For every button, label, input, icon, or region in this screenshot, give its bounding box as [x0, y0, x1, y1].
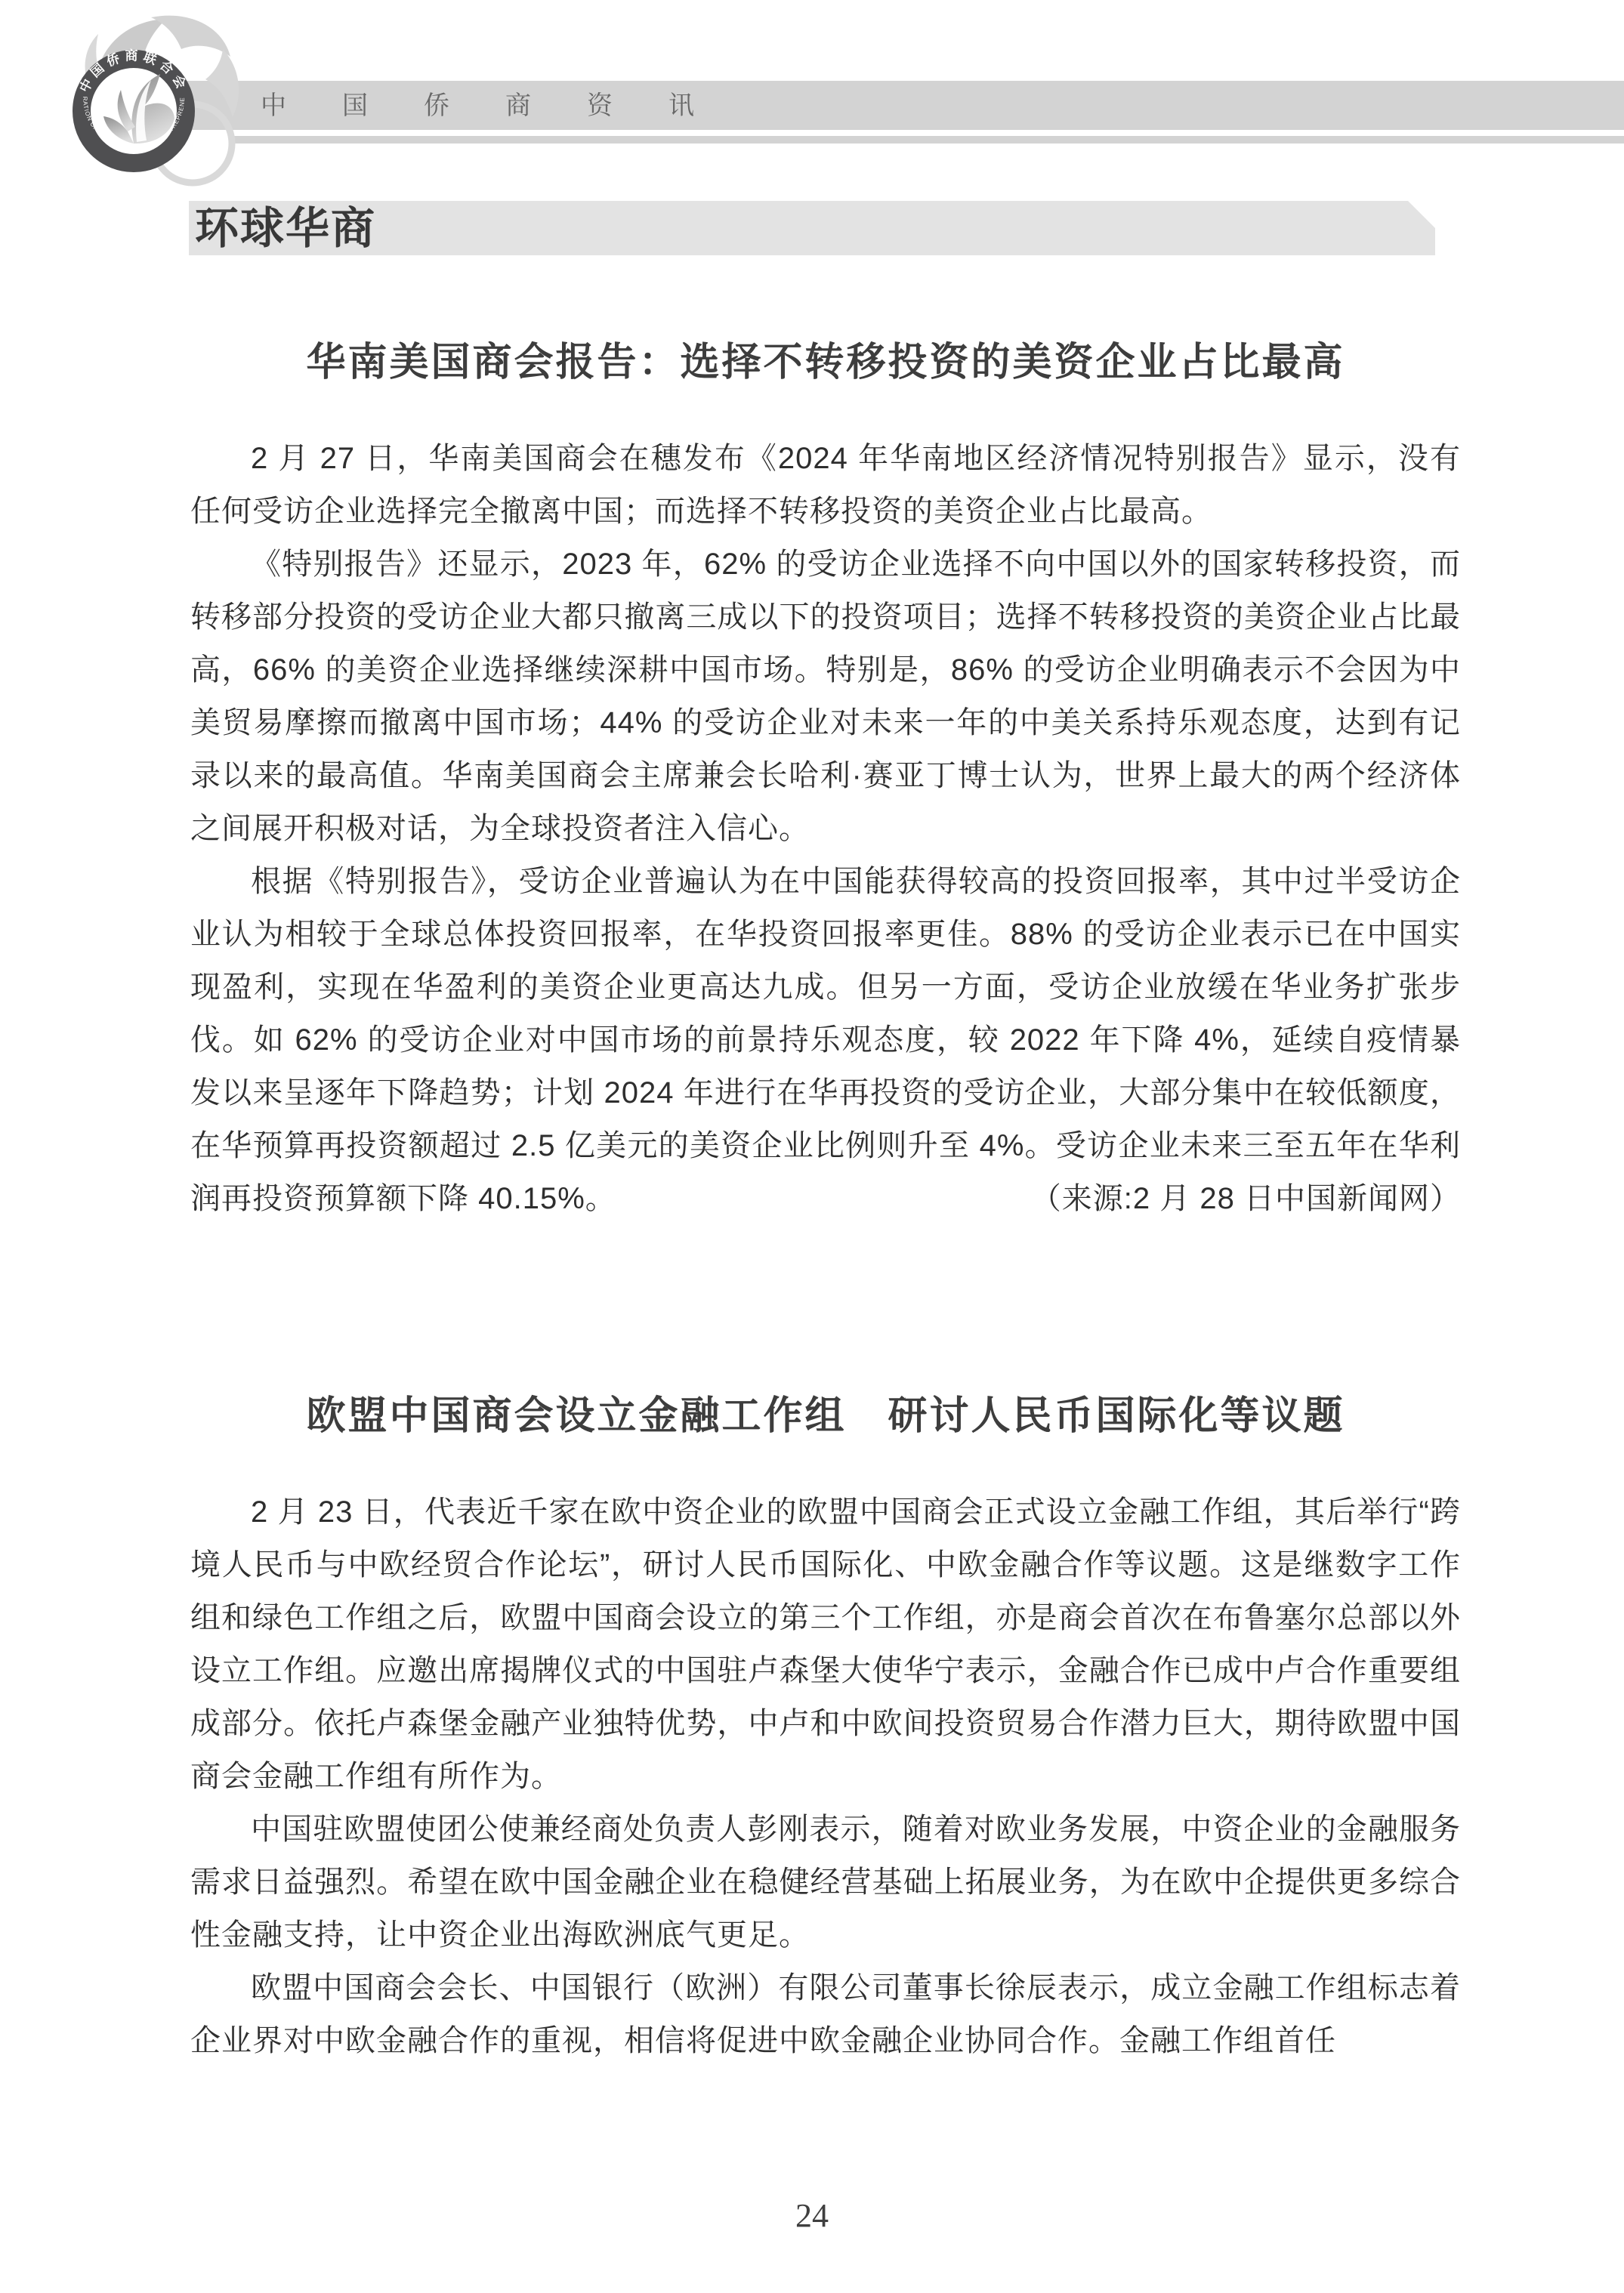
section-header-bar: 环球华商: [189, 201, 1435, 255]
article-1-title: 华南美国商会报告：选择不转移投资的美资企业占比最高: [190, 325, 1461, 400]
masthead-title: 中国侨商资讯: [261, 81, 750, 130]
page-footer: 24: [0, 2196, 1624, 2235]
page-number: 24: [795, 2197, 829, 2234]
article-2-paragraph-3: 欧盟中国商会会长、中国银行（欧洲）有限公司董事长徐辰表示，成立金融工作组标志着企…: [190, 1961, 1461, 2067]
masthead-rule: [234, 136, 1624, 144]
article-1-paragraph-1: 2 月 27 日，华南美国商会在穗发布《2024 年华南地区经济情况特别报告》显…: [190, 432, 1461, 538]
petal-swoosh-icon: [151, 16, 230, 57]
article-1: 华南美国商会报告：选择不转移投资的美资企业占比最高 2 月 27 日，华南美国商…: [190, 325, 1461, 1225]
article-1-paragraph-3: 根据《特别报告》，受访企业普遍认为在中国能获得较高的投资回报率，其中过半受访企业…: [190, 855, 1461, 1225]
federation-logo-icon: 中国侨商联合会 CHINA FEDERATION OF OVERSEAS CHI…: [38, 4, 264, 223]
article-1-paragraph-2: 《特别报告》还显示，2023 年，62% 的受访企业选择不向中国以外的国家转移投…: [190, 538, 1461, 855]
article-2-title: 欧盟中国商会设立金融工作组 研讨人民币国际化等议题: [190, 1378, 1461, 1454]
article-2: 欧盟中国商会设立金融工作组 研讨人民币国际化等议题 2 月 23 日，代表近千家…: [190, 1378, 1461, 2067]
article-1-source: （来源:2 月 28 日中国新闻网）: [1031, 1172, 1461, 1225]
article-2-paragraph-1: 2 月 23 日，代表近千家在欧中资企业的欧盟中国商会正式设立金融工作组，其后举…: [190, 1486, 1461, 1803]
magazine-page: 中国侨商资讯 中国侨商联合会: [0, 0, 1624, 2293]
article-1-paragraph-3-text: 根据《特别报告》，受访企业普遍认为在中国能获得较高的投资回报率，其中过半受访企业…: [190, 865, 1461, 1215]
article-2-paragraph-2: 中国驻欧盟使团公使兼经商处负责人彭刚表示，随着对欧业务发展，中资企业的金融服务需…: [190, 1803, 1461, 1961]
